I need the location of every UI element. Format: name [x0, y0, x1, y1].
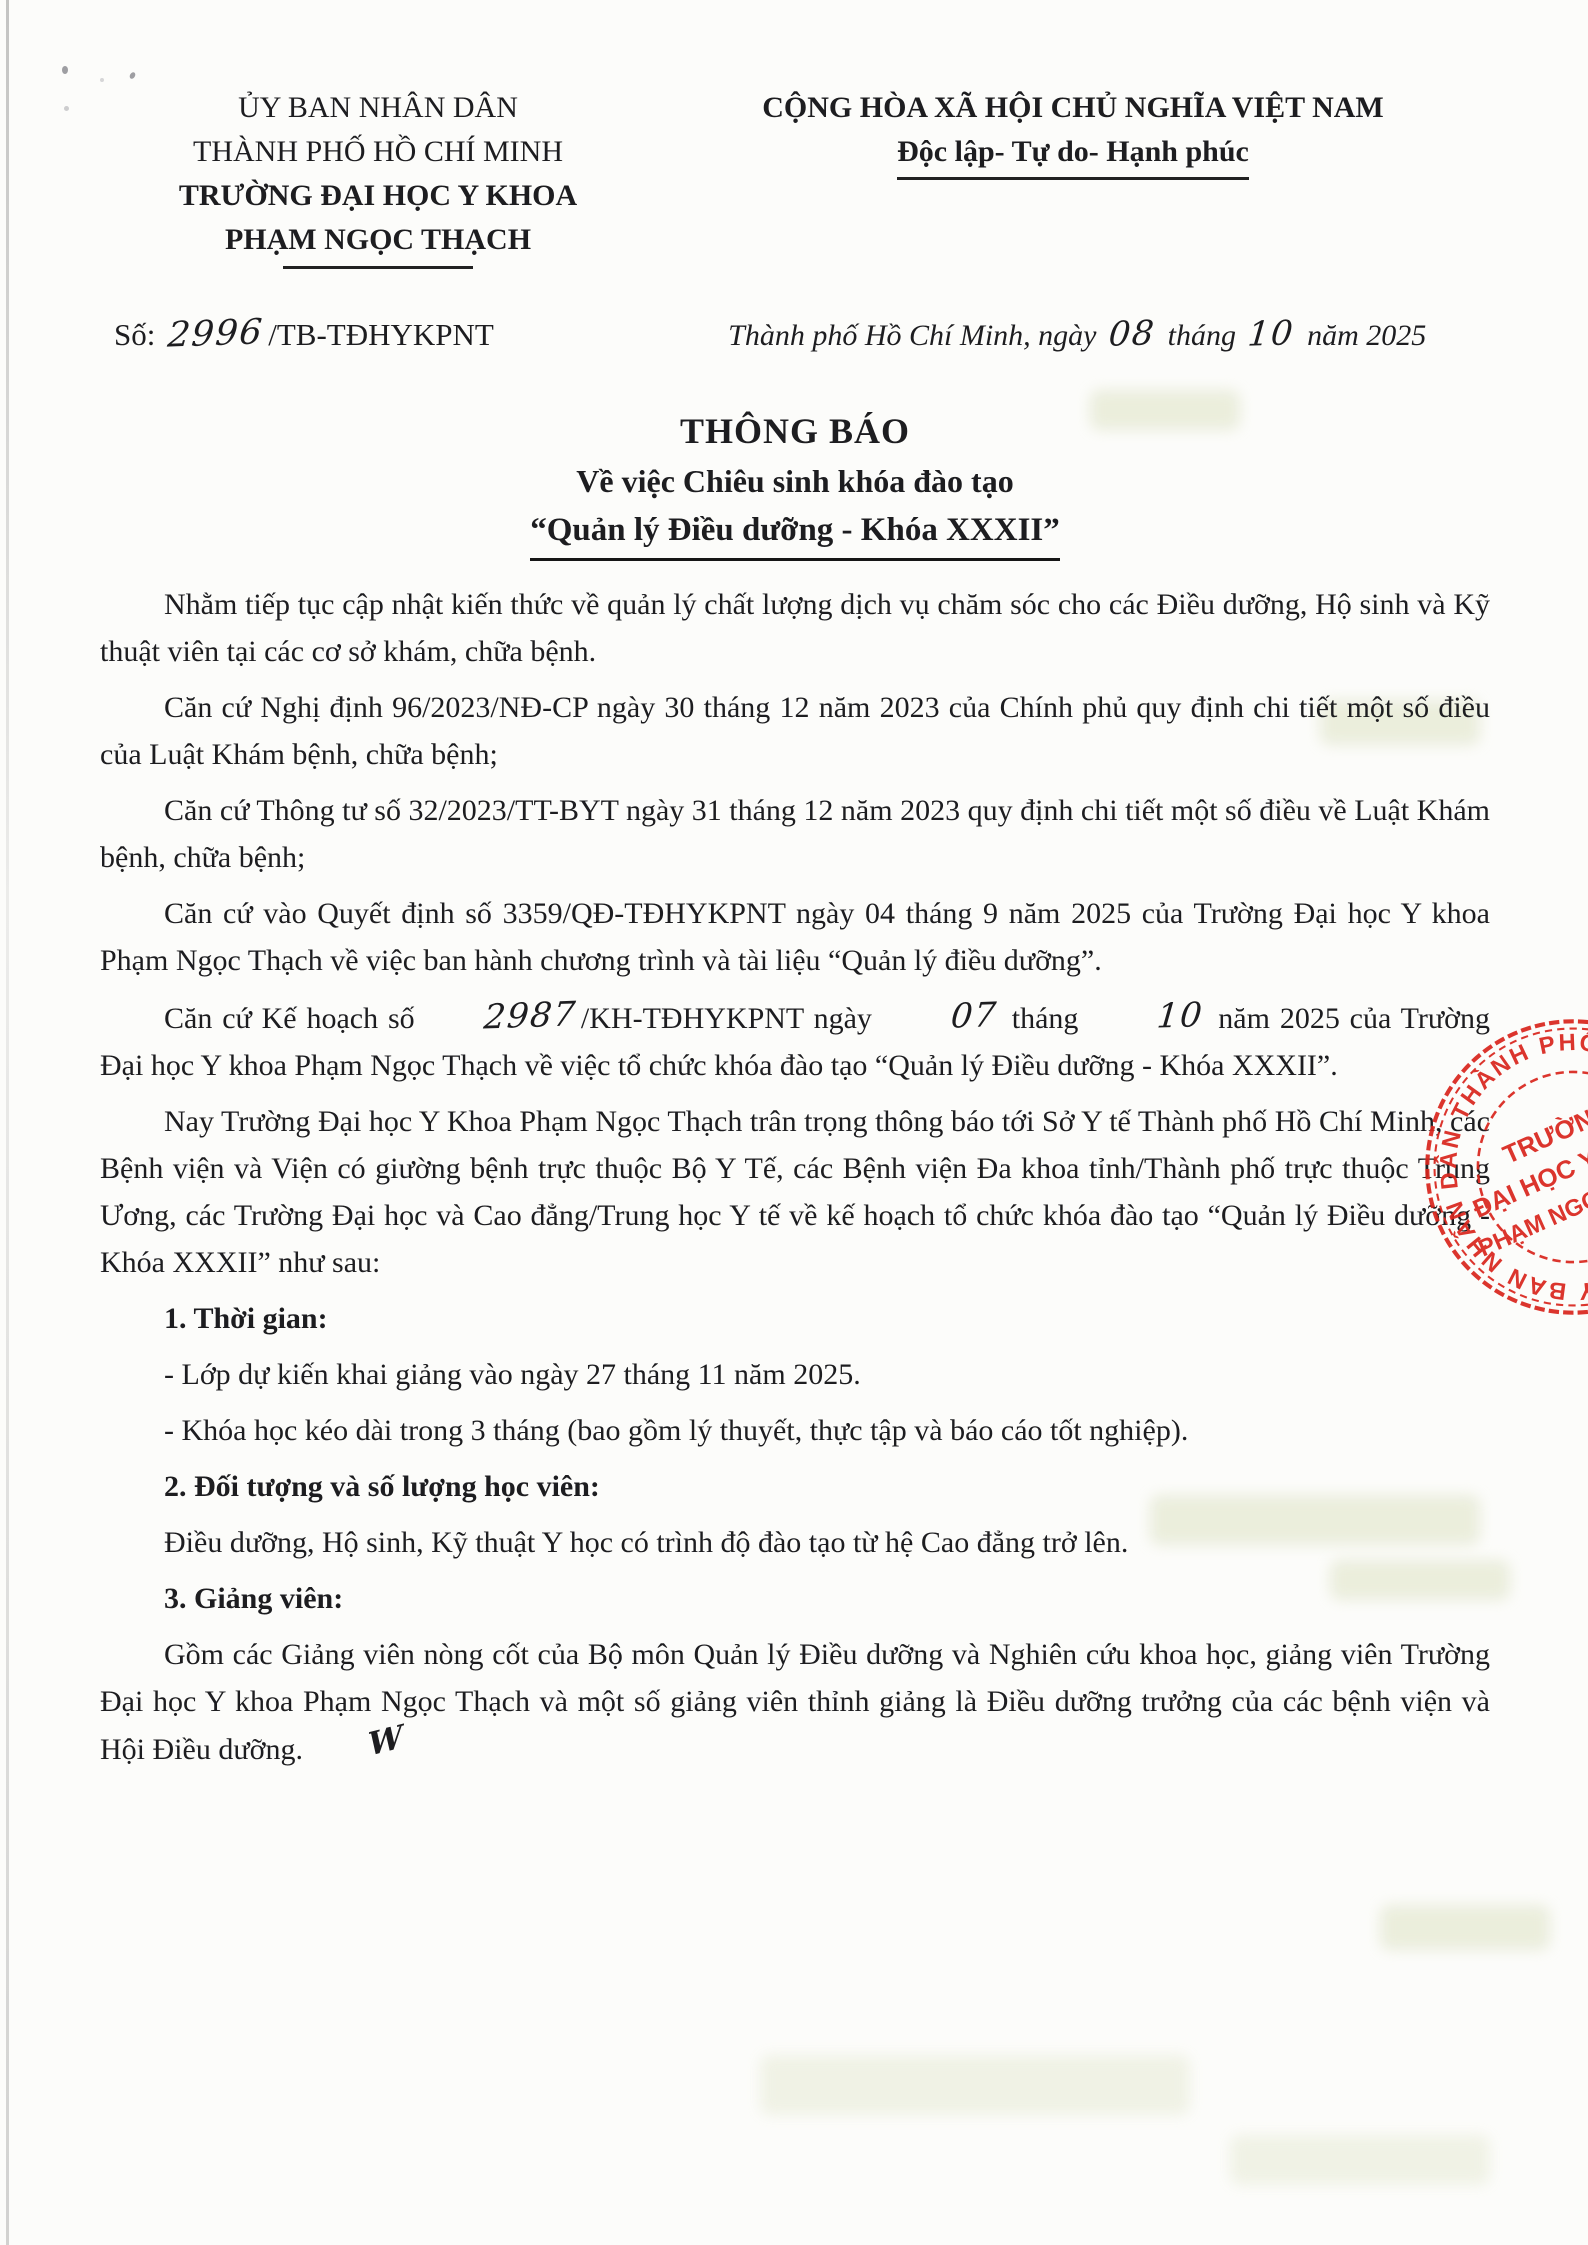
- number-label: Số:: [114, 317, 155, 352]
- meta-row: Số: 2996/TB-TĐHYKPNT Thành phố Hồ Chí Mi…: [100, 313, 1490, 354]
- date-mid: tháng: [1168, 319, 1236, 352]
- university-name-line: TRƯỜNG ĐẠI HỌC Y KHOA: [100, 174, 656, 218]
- national-title: CỘNG HÒA XÃ HỘI CHỦ NGHĨA VIỆT NAM: [656, 86, 1490, 130]
- handwritten-number: 2996: [166, 311, 265, 355]
- paragraph: Điều dưỡng, Hộ sinh, Kỹ thuật Y học có t…: [100, 1519, 1490, 1566]
- paragraph: Căn cứ Nghị định 96/2023/NĐ-CP ngày 30 t…: [100, 684, 1490, 778]
- bullet-item: - Lớp dự kiến khai giảng vào ngày 27 thá…: [100, 1351, 1490, 1398]
- document-title: THÔNG BÁO: [100, 406, 1490, 457]
- bullet-item: - Khóa học kéo dài trong 3 tháng (bao gồ…: [100, 1407, 1490, 1454]
- handwritten-number: 2987: [417, 991, 578, 1043]
- paragraph: Nhằm tiếp tục cập nhật kiến thức về quản…: [100, 581, 1490, 675]
- handwritten-day: 07: [884, 991, 999, 1042]
- text-run: tháng: [1012, 1002, 1079, 1035]
- document-page: ỦY BAN NHÂN DÂN THÀNH PHỐ HỒ CHÍ MINH TR…: [0, 0, 1588, 2245]
- paragraph-with-handwriting: Căn cứ Kế hoạch số2987/KH-TĐHYKPNT ngày …: [100, 993, 1490, 1089]
- bleed-through: [760, 2055, 1190, 2115]
- date-suffix: năm 2025: [1307, 319, 1426, 352]
- text-run: Căn cứ Kế hoạch số: [164, 1002, 415, 1035]
- section-heading-2: 2. Đối tượng và số lượng học viên:: [100, 1463, 1490, 1510]
- text-run: /KH-TĐHYKPNT ngày: [581, 1002, 872, 1035]
- authority-line: THÀNH PHỐ HỒ CHÍ MINH: [100, 130, 656, 174]
- section-heading-1: 1. Thời gian:: [100, 1295, 1490, 1342]
- document-header: ỦY BAN NHÂN DÂN THÀNH PHỐ HỒ CHÍ MINH TR…: [100, 86, 1490, 269]
- document-subtitle: Về việc Chiêu sinh khóa đào tạo: [100, 459, 1490, 504]
- national-motto-block: CỘNG HÒA XÃ HỘI CHỦ NGHĨA VIỆT NAM Độc l…: [656, 86, 1490, 180]
- header-underline: [283, 266, 473, 269]
- bleed-through: [1380, 1905, 1550, 1950]
- paragraph: Căn cứ Thông tư số 32/2023/TT-BYT ngày 3…: [100, 787, 1490, 881]
- paragraph: Căn cứ vào Quyết định số 3359/QĐ-TĐHYKPN…: [100, 890, 1490, 984]
- handwritten-day: 08: [1107, 313, 1157, 354]
- authority-line: ỦY BAN NHÂN DÂN: [100, 86, 656, 130]
- document-number: Số: 2996/TB-TĐHYKPNT: [100, 313, 664, 354]
- date-line: Thành phố Hồ Chí Minh, ngày 08 tháng 10 …: [664, 314, 1490, 353]
- handwritten-mark: W: [304, 1713, 405, 1784]
- paragraph: Nay Trường Đại học Y Khoa Phạm Ngọc Thạc…: [100, 1098, 1490, 1286]
- course-title: “Quản lý Điều dưỡng - Khóa XXXII”: [530, 507, 1060, 562]
- section-heading-3: 3. Giảng viên:: [100, 1575, 1490, 1622]
- paragraph-with-mark: Gồm các Giảng viên nòng cốt của Bộ môn Q…: [100, 1631, 1490, 1773]
- university-name-line: PHẠM NGỌC THẠCH: [100, 218, 656, 262]
- handwritten-month: 10: [1247, 313, 1297, 354]
- title-block: THÔNG BÁO Về việc Chiêu sinh khóa đào tạ…: [100, 406, 1490, 561]
- bleed-through: [1230, 2135, 1490, 2185]
- document-body: Nhằm tiếp tục cập nhật kiến thức về quản…: [100, 581, 1490, 1773]
- number-suffix: /TB-TĐHYKPNT: [268, 317, 494, 352]
- date-prefix: Thành phố Hồ Chí Minh, ngày: [728, 319, 1096, 352]
- issuing-authority-block: ỦY BAN NHÂN DÂN THÀNH PHỐ HỒ CHÍ MINH TR…: [100, 86, 656, 269]
- national-motto: Độc lập- Tự do- Hạnh phúc: [897, 130, 1249, 180]
- handwritten-month: 10: [1091, 991, 1206, 1042]
